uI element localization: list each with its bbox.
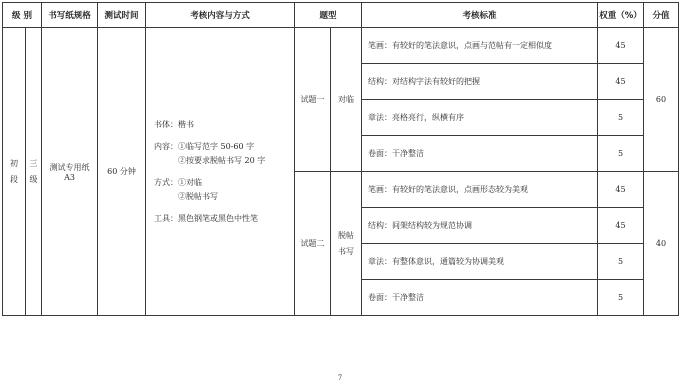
header-weight: 权重（%） (598, 3, 644, 28)
criteria-text: 结构：间架结构较为规范协调 (362, 208, 598, 244)
header-score: 分值 (644, 3, 679, 28)
weight-value: 5 (598, 280, 644, 316)
question-2-type: 脱帖 书写 (331, 172, 362, 316)
content-text-2: ②按要求脱帖书写 20 字 (154, 154, 294, 168)
paper-spec-line1: 测试专用纸 (42, 162, 97, 173)
test-time-cell: 60 分钟 (98, 28, 146, 316)
criteria-text: 章法：亮格亮行，纵横有序 (362, 100, 598, 136)
header-paper-spec: 书写纸规格 (42, 3, 98, 28)
content-method-cell: 书体：楷书 内容：①临写范字 50-60 字 ②按要求脱帖书写 20 字 方式：… (146, 28, 295, 316)
question-2-label: 试题二 (295, 172, 331, 316)
weight-value: 45 (598, 64, 644, 100)
method-text-2: ②脱帖书写 (154, 190, 294, 204)
header-row: 级 别 书写纸规格 测试时间 考核内容与方式 题型 考核标准 权重（%） 分值 (3, 3, 679, 28)
criteria-text: 章法：有整体意识，通篇较为协调美观 (362, 244, 598, 280)
question-1-label: 试题一 (295, 28, 331, 172)
question-1-type: 对临 (331, 28, 362, 172)
level-grade: 三 级 (26, 28, 42, 316)
question-1-score: 60 (644, 28, 679, 172)
header-question-type: 题型 (295, 3, 362, 28)
weight-value: 45 (598, 28, 644, 64)
content-text-1: 内容：①临写范字 50-60 字 (154, 140, 294, 154)
header-content-method: 考核内容与方式 (146, 3, 295, 28)
criteria-text: 卷面：干净整洁 (362, 136, 598, 172)
weight-value: 5 (598, 100, 644, 136)
level-stage: 初 段 (3, 28, 26, 316)
criteria-text: 结构：对结构字法有较好的把握 (362, 64, 598, 100)
method-text-1: 方式：①对临 (154, 176, 294, 190)
criteria-text: 笔画：有较好的笔法意识，点画形态较为美观 (362, 172, 598, 208)
font-style-text: 书体：楷书 (154, 118, 294, 132)
weight-value: 45 (598, 208, 644, 244)
tools-text: 工具：黑色钢笔或黑色中性笔 (154, 212, 294, 226)
page-number: 7 (0, 374, 680, 382)
paper-spec-cell: 测试专用纸 A3 (42, 28, 98, 316)
table-row: 初 段 三 级 测试专用纸 A3 60 分钟 书体：楷书 内容：①临写范字 50… (3, 28, 679, 64)
weight-value: 5 (598, 136, 644, 172)
header-test-time: 测试时间 (98, 3, 146, 28)
weight-value: 5 (598, 244, 644, 280)
header-level: 级 别 (3, 3, 42, 28)
weight-value: 45 (598, 172, 644, 208)
header-criteria: 考核标准 (362, 3, 598, 28)
question-2-score: 40 (644, 172, 679, 316)
criteria-text: 笔画：有较好的笔法意识，点画与范帖有一定相似度 (362, 28, 598, 64)
paper-spec-line2: A3 (42, 173, 97, 182)
assessment-table: 级 别 书写纸规格 测试时间 考核内容与方式 题型 考核标准 权重（%） 分值 … (2, 2, 679, 316)
criteria-text: 卷面：干净整洁 (362, 280, 598, 316)
